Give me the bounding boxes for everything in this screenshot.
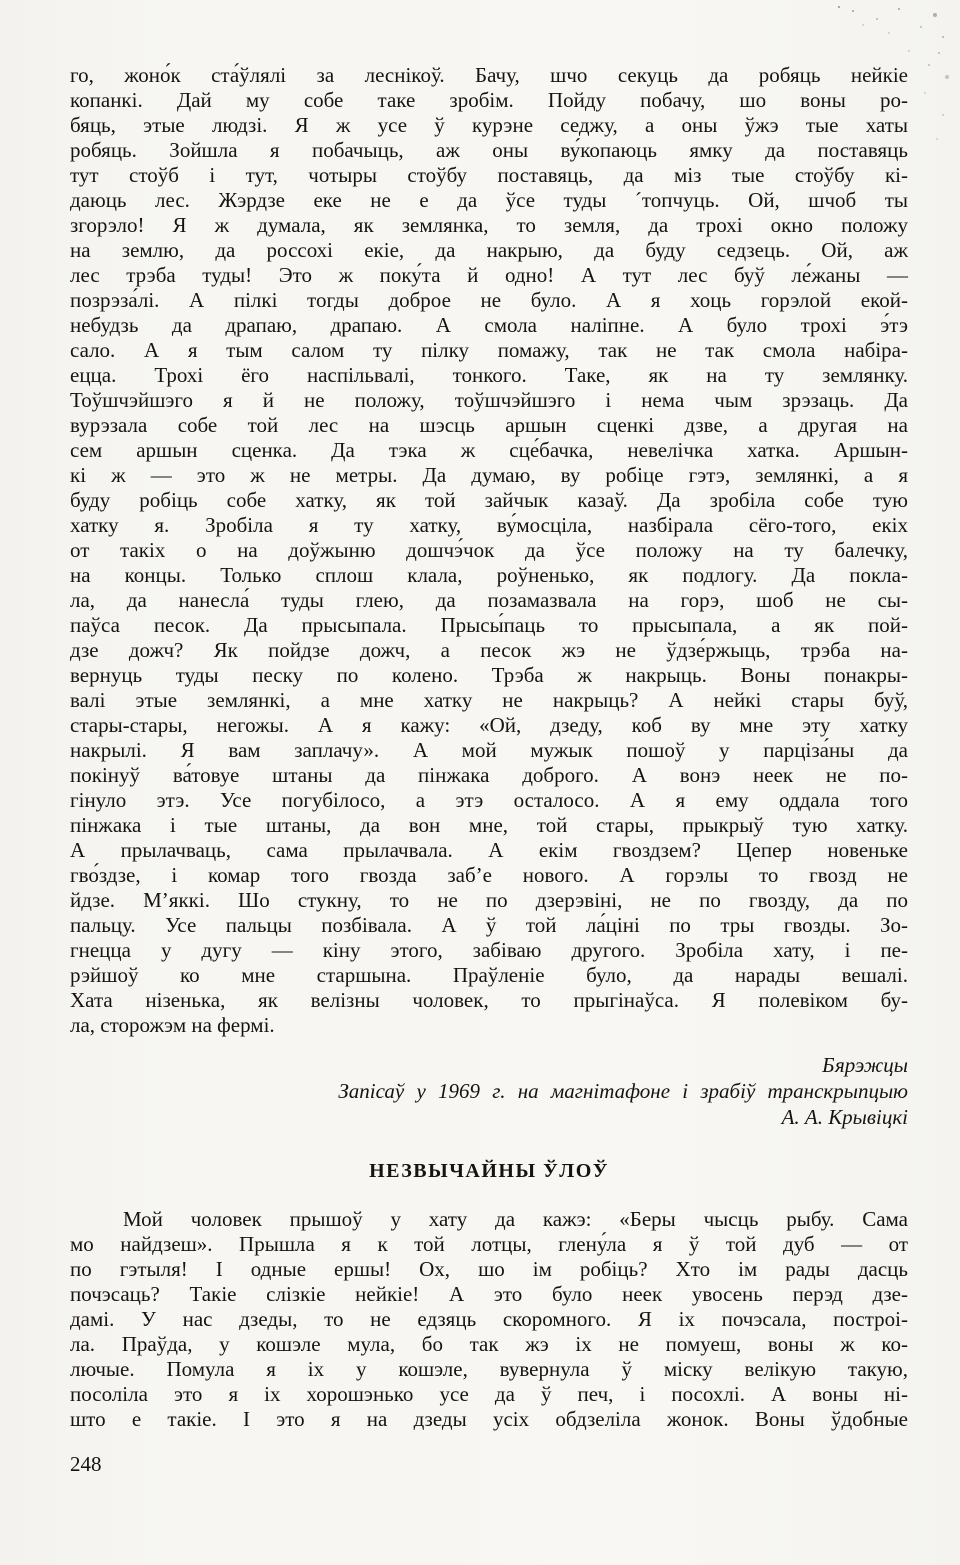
text-line: мо найдзеш». Прышла я к той лотцы, глену… [70,1232,908,1257]
text-line: пінжака і тые штаны, да вон мне, той ста… [70,813,908,838]
text-line: лес трэба туды! Это ж поку́та й одно! А … [70,263,908,288]
text-line: Тоўшчэйшэго я й не положу, тоўшчэйшэго і… [70,388,908,413]
text-line: посоліла это я іх хорошэнько усе да ў пе… [70,1382,908,1407]
text-line: бяць, этые людзі. Я ж усе ў курэне седжу… [70,113,908,138]
text-line: вурэзала собе той лес на шэсць аршын сце… [70,413,908,438]
text-line: накрылі. Я вам заплачу». А мой мужык пош… [70,738,908,763]
scan-noise [838,6,840,8]
story-continuation-text: го, жоно́к ста́ўлялі за леснікоў. Бачу, … [70,63,908,1038]
text-line: рэйшоў ко мне старшына. Праўленіе було, … [70,963,908,988]
attribution-note: Запісаў у 1969 г. на магнітафоне і зрабі… [70,1078,908,1104]
text-line: ла. Праўда, у кошэле мула, бо так жэ іх … [70,1332,908,1357]
text-line: позрэза́лі. А пілкі тогды доброе не було… [70,288,908,313]
text-line: дамі. У нас дзеды, то не едзяць скоромно… [70,1307,908,1332]
text-line: гнецца у дугу — кіну этого, забіваю друг… [70,938,908,963]
text-line: Мой чоловек прышоў у хату да кажэ: «Беры… [70,1207,908,1232]
text-line: вернуць туды песку по колено. Трэба ж на… [70,663,908,688]
text-line: ецца. Трохі ёго наспільвалі, тонкого. Та… [70,363,908,388]
text-line: даюць лес. Жэрдзе еке не е да ўсе туды ´… [70,188,908,213]
text-line: го, жоно́к ста́ўлялі за леснікоў. Бачу, … [70,63,908,88]
text-line: небудзь да драпаю, драпаю. А смола наліп… [70,313,908,338]
text-line: А прылачваць, сама прылачвала. А екім гв… [70,838,908,863]
text-line: копанкі. Дай му собе таке зробім. Пойду … [70,88,908,113]
text-line: робяць. Зойшла я побачыць, аж оны ву́коп… [70,138,908,163]
text-line: покінуў ва́товуе штаны да пінжака доброг… [70,763,908,788]
text-line: дзе дожч? Як пойдзе дожч, а песок жэ не … [70,638,908,663]
text-line: што е такіе. І это я на дзеды усіх обдзе… [70,1407,908,1432]
text-line: от такіх о на доўжыню дошчэ́чок да ўсе п… [70,538,908,563]
recording-attribution: Бярэжцы Запісаў у 1969 г. на магнітафоне… [70,1052,908,1130]
text-line: гінуло этэ. Усе погубілосо, а этэ остало… [70,788,908,813]
text-line: паўса песок. Да прысыпала. Прысы́паць то… [70,613,908,638]
text-line: стары-стары, негожы. А я кажу: «Ой, дзед… [70,713,908,738]
text-line: ла, сторожэм на фермі. [70,1013,908,1038]
text-line: на землю, да россохі екіе, да накрыю, да… [70,238,908,263]
text-line: лючые. Помула я іх у кошэле, вувернула ў… [70,1357,908,1382]
text-line: згорэло! Я ж думала, як землянка, то зем… [70,213,908,238]
text-line: хатку я. Зробіла я ту хатку, ву́мосціла,… [70,513,908,538]
text-line: тут стоўб і тут, чотыры стоўбу поставяць… [70,163,908,188]
text-line: пальцу. Усе пальцы позбівала. А ў той ла… [70,913,908,938]
text-line: по гэтыля! І одные ершы! Ох, шо ім робіц… [70,1257,908,1282]
text-line: на концы. Только сплош клала, роўненько,… [70,563,908,588]
text-line: Хата нізенька, як велізны чоловек, то пр… [70,988,908,1013]
text-line: ла, да нанесла́ туды глею, да позамазвал… [70,588,908,613]
attribution-author: А. А. Крывіцкі [70,1104,908,1130]
story-title: НЕЗВЫЧАЙНЫ ЎЛОЎ [70,1160,908,1183]
attribution-place: Бярэжцы [70,1052,908,1078]
text-line: кі ж — это ж не метры. Да думаю, ву робі… [70,463,908,488]
text-line: сем аршын сценка. Да тэка ж сце́бачка, н… [70,438,908,463]
text-line: сало. А я тым салом ту пілку помажу, так… [70,338,908,363]
text-line: буду робіць собе хатку, як той зайчык ка… [70,488,908,513]
story-text: Мой чоловек прышоў у хату да кажэ: «Беры… [70,1207,908,1432]
page-number: 248 [70,1452,960,1477]
text-line: гво́здзе, і комар того гвозда заб’е ново… [70,863,908,888]
text-line: валі этые землянкі, а мне хатку не накры… [70,688,908,713]
text-line: почэсаць? Такіе слізкіе нейкіе! А это бу… [70,1282,908,1307]
text-line: йдзе. М’яккі. Шо стукну, то не по дзерэв… [70,888,908,913]
book-page: го, жоно́к ста́ўлялі за леснікоў. Бачу, … [0,0,960,1565]
